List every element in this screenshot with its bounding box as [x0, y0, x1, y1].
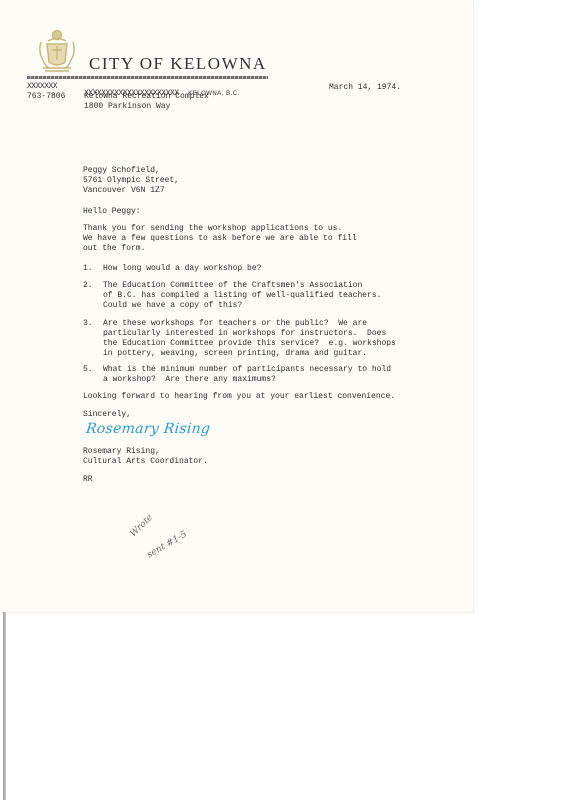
salutation: Hello Peggy: — [83, 207, 141, 217]
letter-date: March 14, 1974. — [329, 83, 401, 93]
signer-title: Cultural Arts Coordinator. — [83, 457, 208, 467]
pencil-annotation: Wrote — [128, 513, 155, 540]
question-line: What is the minimum number of participan… — [103, 365, 391, 375]
question-line: The Education Committee of the Craftsmen… — [103, 281, 362, 291]
letter-page: CITY OF KELOWNA XXXXXXX 763-7806 XXXXXXX… — [0, 0, 473, 612]
handwritten-signature: Rosemary Rising — [85, 421, 211, 437]
question-number: 3. — [83, 319, 93, 329]
closing: Sincerely, — [83, 410, 131, 420]
pencil-annotation: sent #1-5 — [145, 530, 188, 561]
question-line: Could we have a copy of this? — [103, 301, 242, 311]
department-name: Kelowna Recreation Complex — [84, 92, 209, 102]
question-number: 5. — [83, 365, 93, 375]
scan-edge-line — [3, 612, 6, 800]
recipient-street: 5761 Olympic Street, — [83, 176, 179, 186]
intro-line: out the form. — [83, 244, 145, 254]
letterhead-rule — [27, 76, 268, 79]
question-line: How long would a day workshop be? — [103, 264, 261, 274]
question-line: a workshop? Are there any maximums? — [103, 375, 276, 385]
recipient-name: Peggy Schofield, — [83, 166, 160, 176]
signer-name: Rosemary Rising, — [83, 447, 160, 457]
question-line: the Education Committee provide this ser… — [103, 339, 396, 349]
city-crest-icon — [35, 28, 79, 74]
question-number: 1. — [83, 264, 93, 274]
question-line: particularly interested in workshops for… — [103, 329, 386, 339]
closing-line: Looking forward to hearing from you at y… — [83, 392, 395, 402]
phone-number: 763-7806 — [27, 92, 65, 102]
question-number: 2. — [83, 281, 93, 291]
recipient-city: Vancouver V6N 1Z7 — [83, 186, 165, 196]
organization-name: CITY OF KELOWNA — [89, 54, 267, 74]
question-line: of B.C. has compiled a listing of well-q… — [103, 291, 381, 301]
intro-line: Thank you for sending the workshop appli… — [83, 224, 342, 234]
street-address: 1800 Parkinson Way — [84, 102, 170, 112]
intro-line: We have a few questions to ask before we… — [83, 234, 357, 244]
typist-initials: RR — [83, 475, 93, 485]
redacted-phone-label: XXXXXXX — [27, 82, 57, 92]
question-line: Are these workshops for teachers or the … — [103, 319, 367, 329]
question-line: in pottery, weaving, screen printing, dr… — [103, 349, 367, 359]
